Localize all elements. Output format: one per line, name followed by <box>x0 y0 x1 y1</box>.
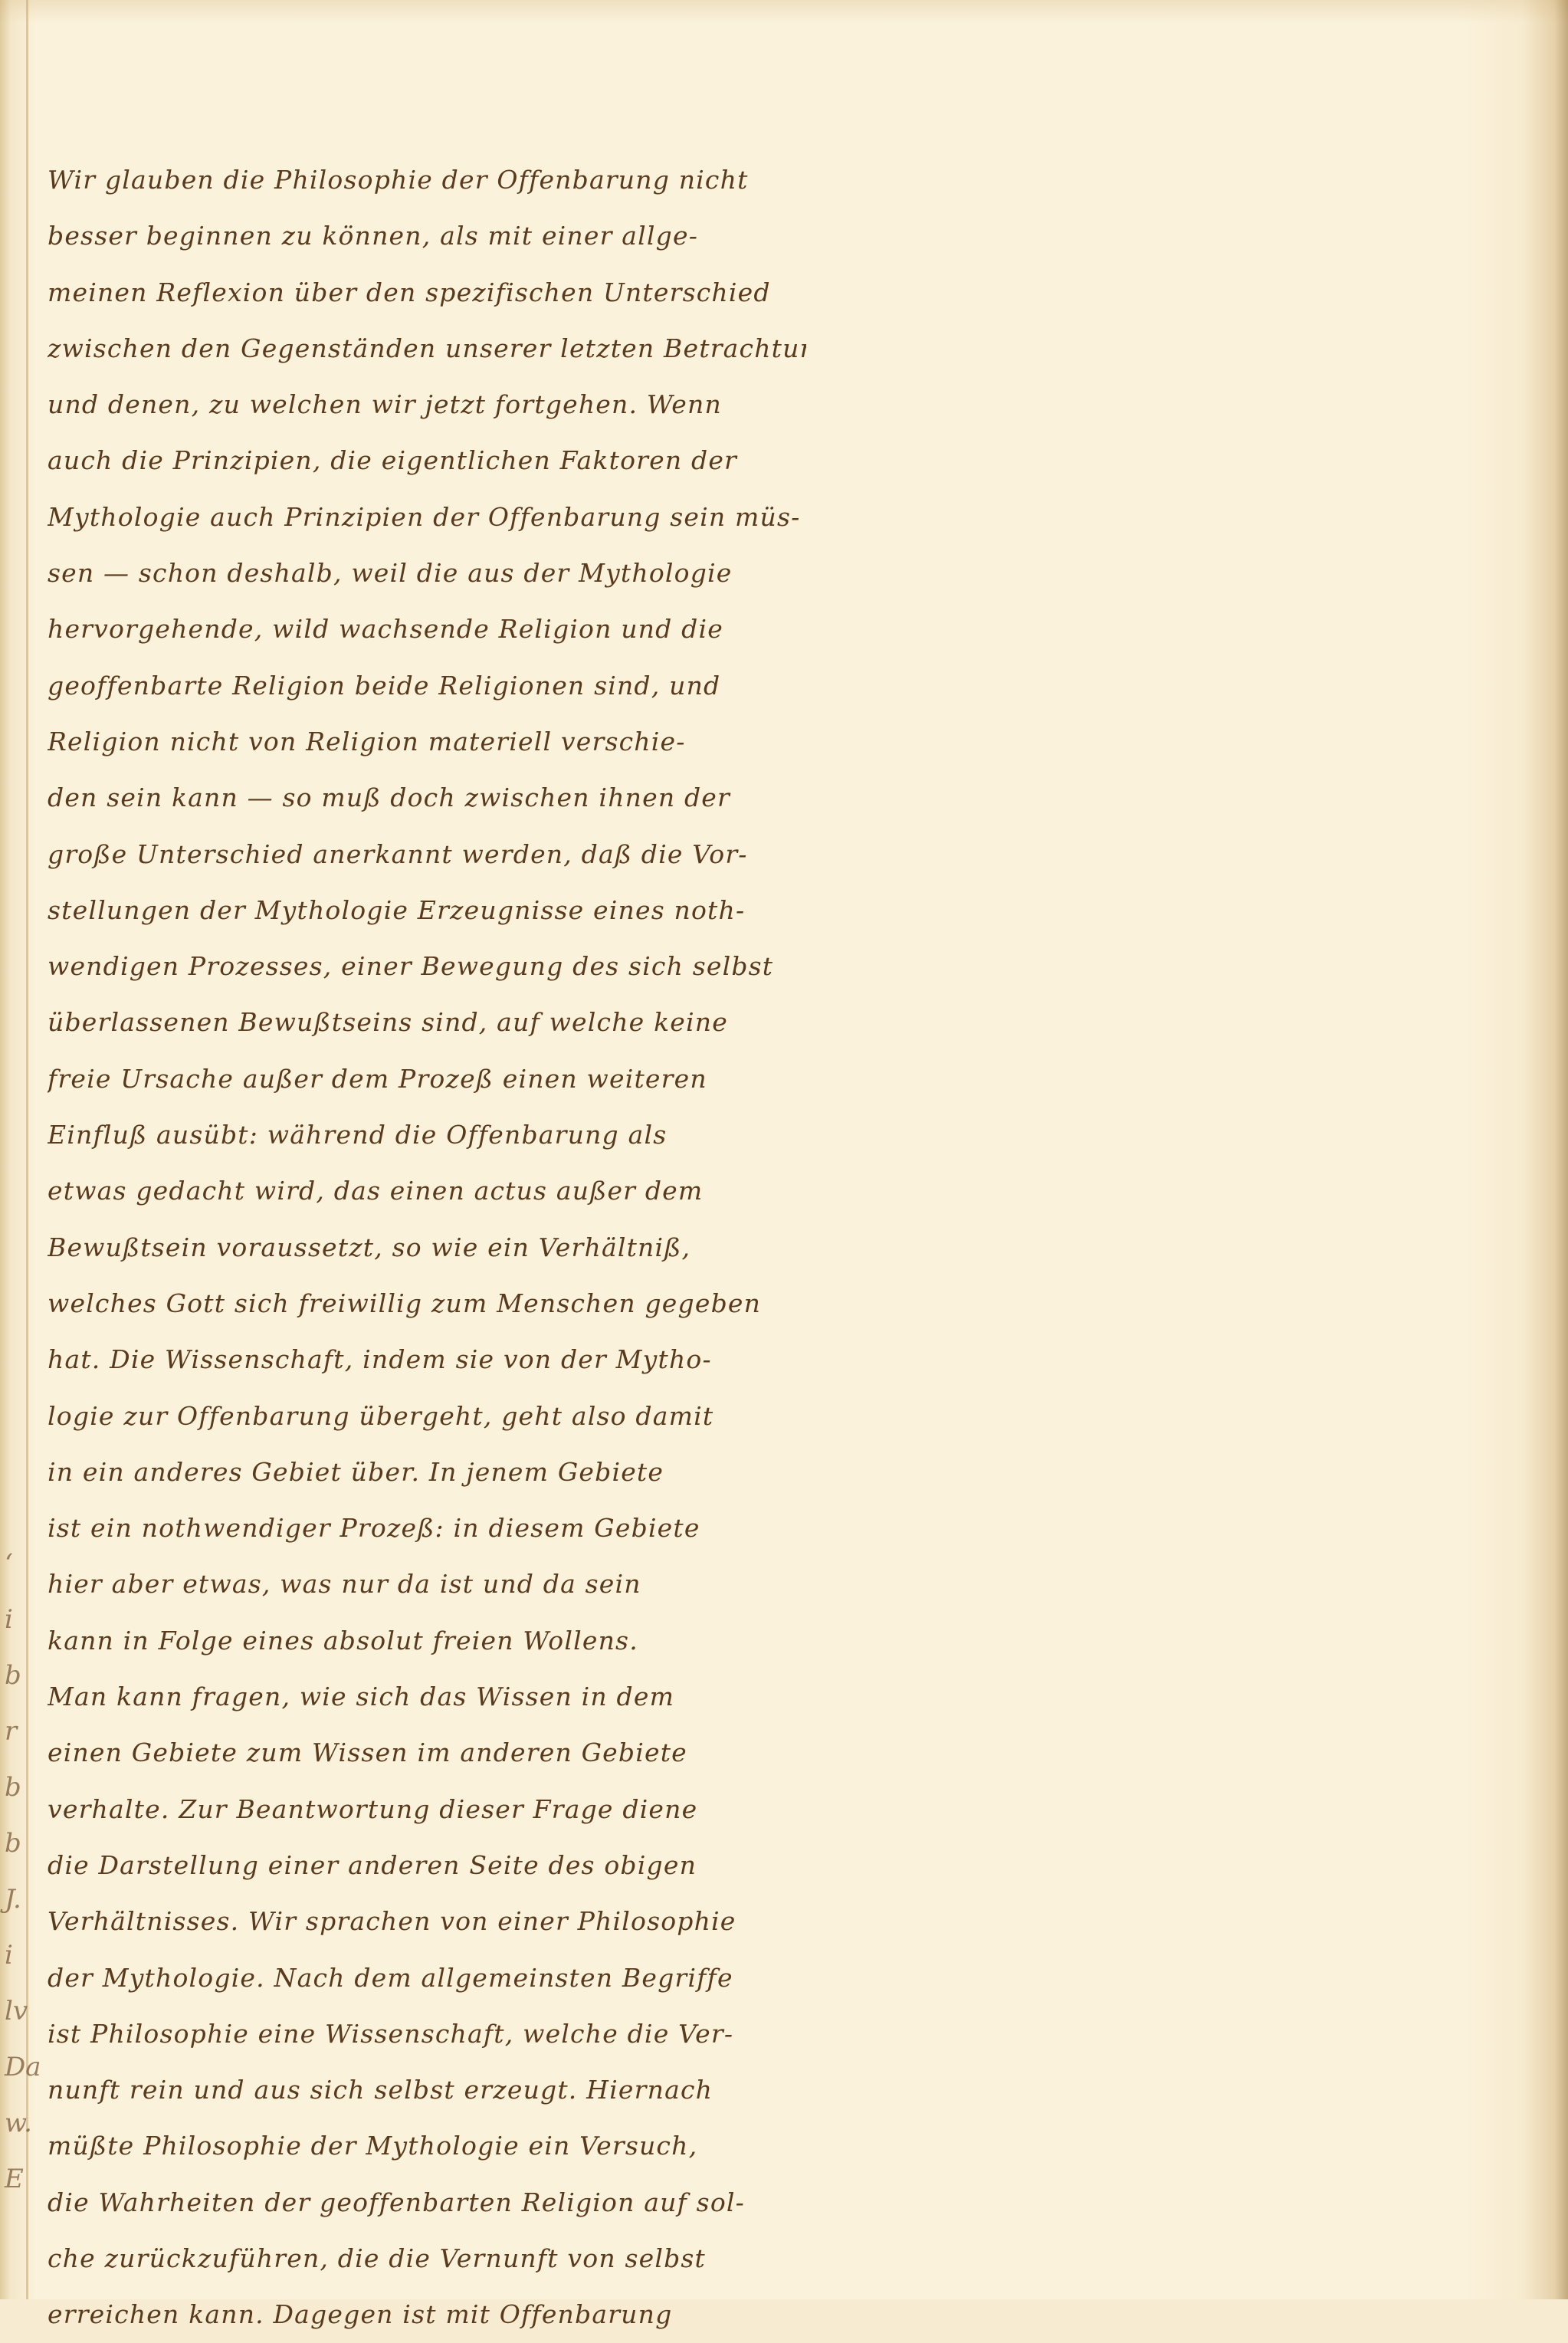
text-line: Wir glauben die Philosophie der Offenbar… <box>48 152 806 208</box>
margin-mark: Da <box>5 2052 28 2108</box>
text-line: Verhältnisses. Wir sprachen von einer Ph… <box>48 1893 806 1949</box>
text-line: meinen Reflexion über den spezifischen U… <box>48 264 806 320</box>
text-line: etwas gedacht wird, das einen actus auße… <box>48 1163 806 1219</box>
text-line: der Mythologie. Nach dem allgemeinsten B… <box>48 1950 806 2006</box>
text-line: auch die Prinzipien, die eigentlichen Fa… <box>48 432 806 488</box>
text-line: und denen, zu welchen wir jetzt fortgehe… <box>48 376 806 432</box>
text-line: den sein kann — so muß doch zwischen ihn… <box>48 770 806 825</box>
margin-mark: J. <box>5 1884 28 1940</box>
text-line: stellungen der Mythologie Erzeugnisse ei… <box>48 882 806 938</box>
text-line: zwischen den Gegenständen unserer letzte… <box>48 320 806 376</box>
text-line: überlassenen Bewußtseins sind, auf welch… <box>48 994 806 1050</box>
text-line: nunft rein und aus sich selbst erzeugt. … <box>48 2062 806 2118</box>
text-line: große Unterschied anerkannt werden, daß … <box>48 826 806 882</box>
margin-mark: E <box>5 2164 28 2220</box>
text-line: die Darstellung einer anderen Seite des … <box>48 1837 806 1893</box>
text-line: ist Philosophie eine Wissenschaft, welch… <box>48 2006 806 2062</box>
text-line: hier aber etwas, was nur da ist und da s… <box>48 1556 806 1612</box>
text-line: Einfluß ausübt: während die Offenbarung … <box>48 1107 806 1163</box>
text-line: Bewußtsein voraussetzt, so wie ein Verhä… <box>48 1219 806 1275</box>
manuscript-page: ‘ i b r b b J. i lv Da w. E Wir glauben … <box>0 0 1568 2299</box>
text-line: verhalte. Zur Beantwortung dieser Frage … <box>48 1781 806 1837</box>
text-line: welches Gott sich freiwillig zum Mensche… <box>48 1275 806 1331</box>
margin-mark: i <box>5 1604 28 1660</box>
margin-mark: r <box>5 1716 28 1772</box>
text-line: hervorgehende, wild wachsende Religion u… <box>48 601 806 657</box>
margin-bleedthrough: ‘ i b r b b J. i lv Da w. E <box>5 1548 28 2220</box>
text-line: die Wahrheiten der geoffenbarten Religio… <box>48 2174 806 2230</box>
text-line: geoffenbarte Religion beide Religionen s… <box>48 658 806 714</box>
text-line: kann in Folge eines absolut freien Wolle… <box>48 1613 806 1669</box>
text-line: wendigen Prozesses, einer Bewegung des s… <box>48 938 806 994</box>
text-line: sen — schon deshalb, weil die aus der My… <box>48 545 806 601</box>
text-line: che zurückzuführen, die die Vernunft von… <box>48 2230 806 2286</box>
handwritten-text-block: Wir glauben die Philosophie der Offenbar… <box>48 152 806 2299</box>
margin-mark: w. <box>5 2108 28 2164</box>
margin-mark: i <box>5 1940 28 1996</box>
text-line: müßte Philosophie der Mythologie ein Ver… <box>48 2118 806 2174</box>
margin-mark: b <box>5 1772 28 1828</box>
text-line: ist ein nothwendiger Prozeß: in diesem G… <box>48 1500 806 1556</box>
text-line: Mythologie auch Prinzipien der Offenbaru… <box>48 489 806 545</box>
margin-mark: lv <box>5 1996 28 2052</box>
text-line: Man kann fragen, wie sich das Wissen in … <box>48 1669 806 1724</box>
text-line: einen Gebiete zum Wissen im anderen Gebi… <box>48 1724 806 1780</box>
margin-mark: b <box>5 1660 28 1716</box>
text-line: in ein anderes Gebiet über. In jenem Geb… <box>48 1444 806 1500</box>
text-line: erreichen kann. Dagegen ist mit Offenbar… <box>48 2286 806 2299</box>
text-line: hat. Die Wissenschaft, indem sie von der… <box>48 1331 806 1387</box>
text-line: Religion nicht von Religion materiell ve… <box>48 714 806 770</box>
text-line: freie Ursache außer dem Prozeß einen wei… <box>48 1051 806 1107</box>
margin-mark: b <box>5 1828 28 1884</box>
margin-mark: ‘ <box>5 1548 28 1604</box>
text-line: besser beginnen zu können, als mit einer… <box>48 208 806 264</box>
text-line: logie zur Offenbarung übergeht, geht als… <box>48 1388 806 1444</box>
